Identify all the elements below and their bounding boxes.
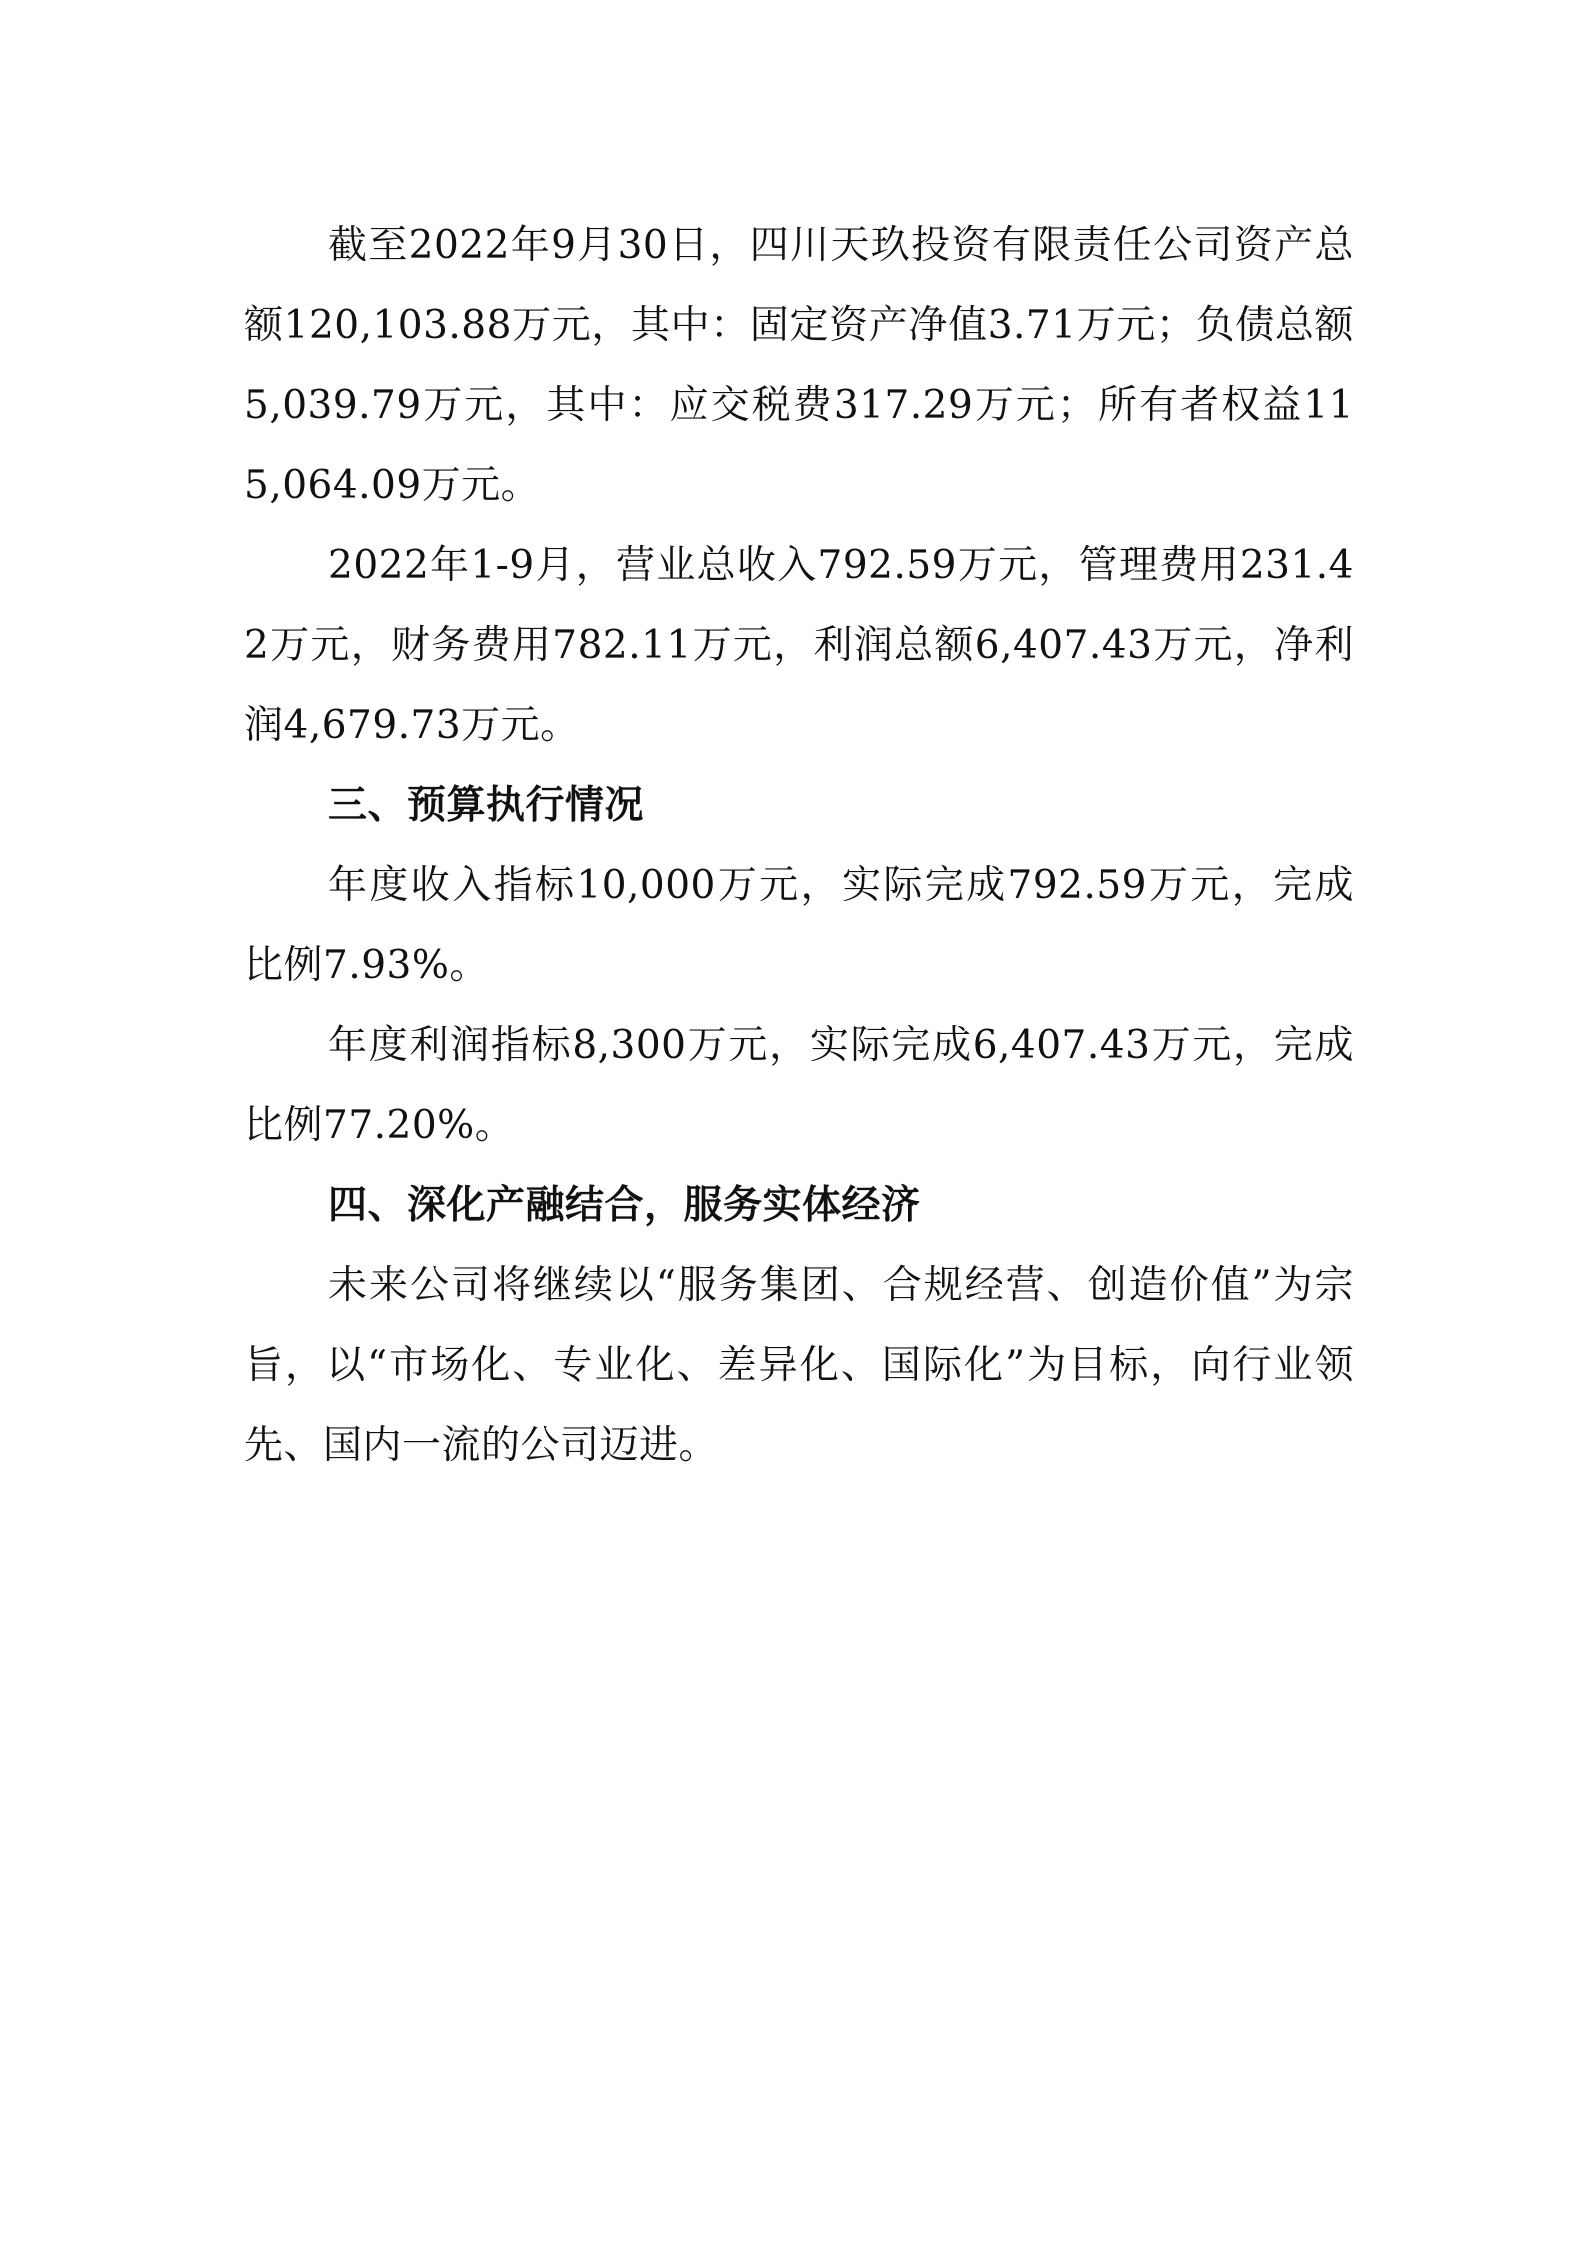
section-heading-budget-execution: 三、预算执行情况 (244, 766, 1354, 846)
paragraph-balance-sheet: 截至2022年9月30日，四川天玖投资有限责任公司资产总额120,103.88万… (244, 206, 1354, 526)
paragraph-revenue-target: 年度收入指标10,000万元，实际完成792.59万元，完成比例7.93%。 (244, 846, 1354, 1006)
document-page: 截至2022年9月30日，四川天玖投资有限责任公司资产总额120,103.88万… (244, 206, 1354, 1486)
paragraph-future-outlook: 未来公司将继续以“服务集团、合规经营、创造价值”为宗旨，以“市场化、专业化、差异… (244, 1246, 1354, 1486)
paragraph-profit-target: 年度利润指标8,300万元，实际完成6,407.43万元，完成比例77.20%。 (244, 1006, 1354, 1166)
section-heading-industry-finance: 四、深化产融结合，服务实体经济 (244, 1166, 1354, 1246)
paragraph-income-statement: 2022年1-9月，营业总收入792.59万元，管理费用231.42万元，财务费… (244, 526, 1354, 766)
